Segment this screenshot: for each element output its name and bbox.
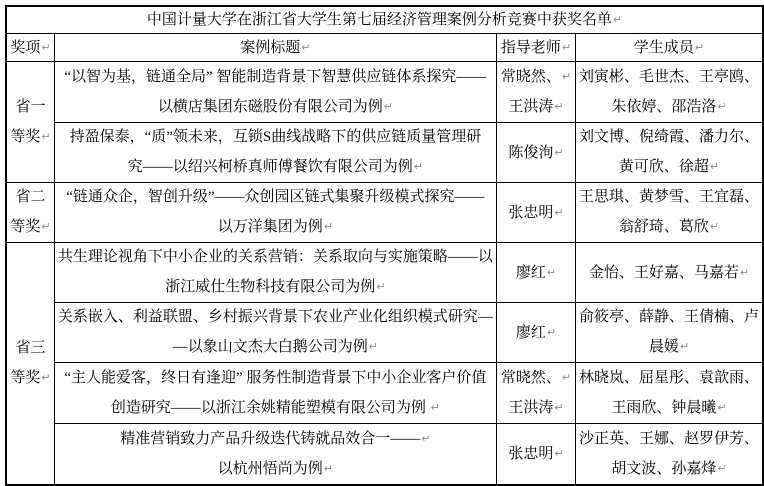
advisor-cell: 陈俊洵↵ xyxy=(496,123,575,183)
paragraph-mark-icon: ↵ xyxy=(554,206,563,219)
table-row: 精准营销致力产品升级迭代铸就品效合一——↵ 以杭州悟尚为例↵ 张忠明↵ 沙正英、… xyxy=(6,424,763,486)
paragraph-mark-icon: ↵ xyxy=(613,13,622,26)
paragraph-mark-icon: ↵ xyxy=(41,371,50,384)
award-cell-second-prize: 省二 等奖↵ xyxy=(6,183,54,243)
advisor-cell: 张忠明↵ xyxy=(496,183,575,243)
paragraph-mark-icon: ↵ xyxy=(710,220,719,233)
award-table: 中国计量大学在浙江省大学生第七届经济管理案例分析竞赛中获奖名单↵ 奖项↵ 案例标… xyxy=(5,5,764,486)
table-row: 省一 等奖↵ “以智为基，链通全局” 智能制造背景下智慧供应链体系探究—— 以横… xyxy=(6,62,763,123)
students-cell: 林晓岚、屈星彤、袁歆雨、 王雨欣、钟晨曦↵ xyxy=(575,363,763,424)
case-title-cell: “以智为基，链通全局” 智能制造背景下智慧供应链体系探究—— 以横店集团东磁股份… xyxy=(54,62,496,123)
line-break-mark-icon: ↵ xyxy=(562,371,571,384)
line-break-mark-icon: ↵ xyxy=(562,70,571,83)
case-title-cell: “主人能爱客，终日有逢迎” 服务性制造背景下中小企业客户价值 创造研究——以浙江… xyxy=(54,363,496,424)
table-row: 省二 等奖↵ “链通众企，智创升级”——众创园区链式集聚升级模式探究—— 以万洋… xyxy=(6,183,763,243)
table-title: 中国计量大学在浙江省大学生第七届经济管理案例分析竞赛中获奖名单↵ xyxy=(10,7,759,33)
advisor-cell: 常晓然、↵ 王洪涛↵ xyxy=(496,62,575,123)
paragraph-mark-icon: ↵ xyxy=(554,447,563,460)
paragraph-mark-icon: ↵ xyxy=(554,100,563,113)
paragraph-mark-icon: ↵ xyxy=(717,401,726,414)
paragraph-mark-icon: ↵ xyxy=(562,41,571,54)
paragraph-mark-icon: ↵ xyxy=(695,41,704,54)
case-title-cell: “链通众企，智创升级”——众创园区链式集聚升级模式探究—— 以万洋集团为例↵ xyxy=(54,183,496,243)
table-row: 关系嵌入、利益联盟、乡村振兴背景下农业产业化组织模式研究— —以象山文杰大白鹅公… xyxy=(6,303,763,363)
paragraph-mark-icon: ↵ xyxy=(384,100,393,113)
col-header-award: 奖项↵ xyxy=(6,34,54,62)
paragraph-mark-icon: ↵ xyxy=(414,160,423,173)
paragraph-mark-icon: ↵ xyxy=(554,401,563,414)
students-cell: 俞筱亭、薛静、王倩楠、卢 晨媛↵ xyxy=(575,303,763,363)
table-row: 持盈保泰，“质”领未来，互锁S曲线战略下的供应链质量管理研 究——以绍兴柯桥真师… xyxy=(6,123,763,183)
table-row: “主人能爱客，终日有逢迎” 服务性制造背景下中小企业客户价值 创造研究——以浙江… xyxy=(6,363,763,424)
line-break-mark-icon: ↵ xyxy=(421,432,430,445)
table-title-row: 中国计量大学在浙江省大学生第七届经济管理案例分析竞赛中获奖名单↵ xyxy=(6,6,763,34)
paragraph-mark-icon: ↵ xyxy=(547,326,556,339)
paragraph-mark-icon: ↵ xyxy=(41,41,50,54)
students-cell: 沙正英、王娜、赵罗伊芳、 胡文波、孙嘉烽↵ xyxy=(575,424,763,486)
paragraph-mark-icon: ↵ xyxy=(717,100,726,113)
paragraph-mark-icon: ↵ xyxy=(710,160,719,173)
paragraph-mark-icon: ↵ xyxy=(740,266,749,279)
case-title-cell: 共生理论视角下中小企业的关系营销：关系取向与实施策略——以 浙江威仕生物科技有限… xyxy=(54,243,496,303)
advisor-cell: 张忠明↵ xyxy=(496,424,575,486)
case-title-cell: 精准营销致力产品升级迭代铸就品效合一——↵ 以杭州悟尚为例↵ xyxy=(54,424,496,486)
paragraph-mark-icon: ↵ xyxy=(324,462,333,475)
table-title-cell: 中国计量大学在浙江省大学生第七届经济管理案例分析竞赛中获奖名单↵ xyxy=(6,6,763,34)
students-cell: 刘寅彬、毛世杰、王亭鸥、 朱依婷、邵浩洛↵ xyxy=(575,62,763,123)
advisor-cell: 廖红↵ xyxy=(496,303,575,363)
case-title-cell: 持盈保泰，“质”领未来，互锁S曲线战略下的供应链质量管理研 究——以绍兴柯桥真师… xyxy=(54,123,496,183)
col-header-advisor: 指导老师↵ xyxy=(496,34,575,62)
document-page: 中国计量大学在浙江省大学生第七届经济管理案例分析竞赛中获奖名单↵ 奖项↵ 案例标… xyxy=(5,5,764,486)
paragraph-mark-icon: ↵ xyxy=(547,266,556,279)
paragraph-mark-icon: ↵ xyxy=(41,130,50,143)
paragraph-mark-icon: ↵ xyxy=(324,220,333,233)
advisor-cell: 常晓然、↵ 王洪涛↵ xyxy=(496,363,575,424)
award-cell-first-prize: 省一 等奖↵ xyxy=(6,62,54,183)
col-header-case-title: 案例标题↵ xyxy=(54,34,496,62)
paragraph-mark-icon: ↵ xyxy=(301,41,310,54)
advisor-cell: 廖红↵ xyxy=(496,243,575,303)
table-row: 省三 等奖↵ 共生理论视角下中小企业的关系营销：关系取向与实施策略——以 浙江威… xyxy=(6,243,763,303)
paragraph-mark-icon: ↵ xyxy=(41,220,50,233)
col-header-students: 学生成员↵ xyxy=(575,34,763,62)
paragraph-mark-icon: ↵ xyxy=(431,401,440,414)
students-cell: 金怡、王好嘉、马嘉若↵ xyxy=(575,243,763,303)
paragraph-mark-icon: ↵ xyxy=(376,280,385,293)
case-title-cell: 关系嵌入、利益联盟、乡村振兴背景下农业产业化组织模式研究— —以象山文杰大白鹅公… xyxy=(54,303,496,363)
paragraph-mark-icon: ↵ xyxy=(554,146,563,159)
paragraph-mark-icon: ↵ xyxy=(369,340,378,353)
paragraph-mark-icon: ↵ xyxy=(680,340,689,353)
award-cell-third-prize: 省三 等奖↵ xyxy=(6,243,54,486)
paragraph-mark-icon: ↵ xyxy=(717,462,726,475)
students-cell: 刘文博、倪绮霞、潘力尔、 黄可欣、徐超↵ xyxy=(575,123,763,183)
students-cell: 王思琪、黄梦雪、王宜磊、 翁舒琦、葛欣↵ xyxy=(575,183,763,243)
table-header-row: 奖项↵ 案例标题↵ 指导老师↵ 学生成员↵ xyxy=(6,34,763,62)
